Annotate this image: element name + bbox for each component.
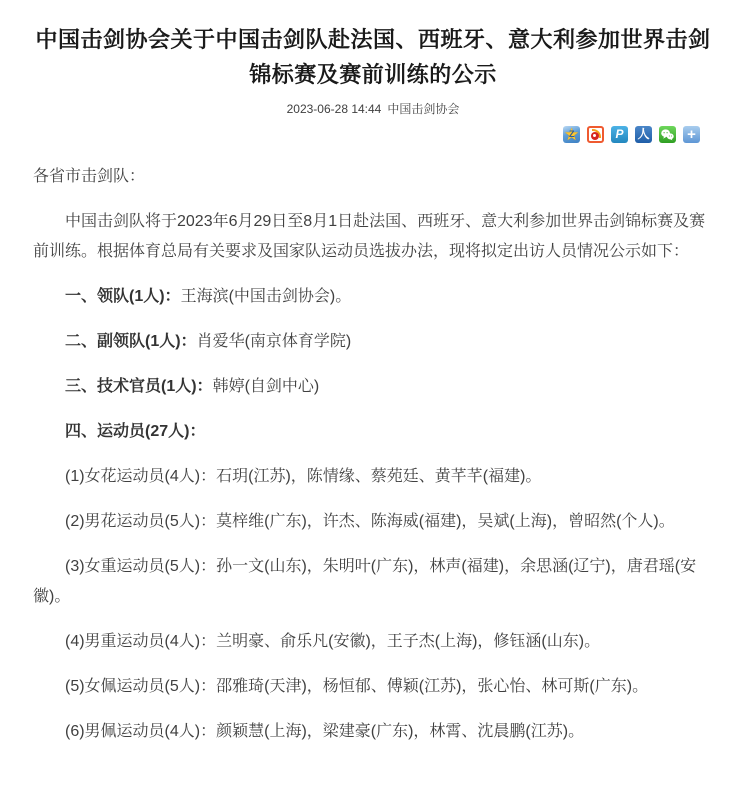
article-meta: 2023-06-28 14:44中国击剑协会 — [33, 101, 713, 117]
section-leader: 一、领队(1人)：王海滨(中国击剑协会)。 — [33, 282, 713, 312]
section-deputy-leader: 二、副领队(1人)：肖爱华(南京体育学院) — [33, 327, 713, 357]
section-technical-official-label: 三、技术官员(1人)： — [65, 378, 213, 395]
section-leader-label: 一、领队(1人)： — [65, 288, 181, 305]
tencent-weibo-share-icon[interactable]: P — [611, 126, 628, 143]
plus-glyph: + — [687, 127, 696, 142]
athlete-group-womens-foil: (1)女花运动员(4人)：石玥(江苏)，陈情缘、蔡苑廷、黄芊芊(福建)。 — [33, 462, 713, 492]
article-body: 各省市击剑队： 中国击剑队将于2023年6月29日至8月1日赴法国、西班牙、意大… — [33, 162, 713, 747]
athlete-group-mens-foil: (2)男花运动员(5人)：莫梓维(广东)，许杰、陈海威(福建)，吴斌(上海)，曾… — [33, 507, 713, 537]
renren-glyph: 人 — [637, 126, 649, 143]
intro-paragraph: 中国击剑队将于2023年6月29日至8月1日赴法国、西班牙、意大利参加世界击剑锦… — [33, 207, 713, 267]
wechat-bubbles-icon — [661, 129, 674, 141]
salutation: 各省市击剑队： — [33, 162, 713, 192]
source-name: 中国击剑协会 — [387, 102, 459, 116]
athlete-group-mens-sabre: (6)男佩运动员(4人)：颜颖慧(上海)，梁建豪(广东)，林霄、沈晨鹏(江苏)。 — [33, 717, 713, 747]
qzone-z-glyph: Z — [569, 130, 575, 139]
renren-share-icon[interactable]: 人 — [635, 126, 652, 143]
wechat-share-icon[interactable] — [659, 126, 676, 143]
qzone-share-icon[interactable]: ★ Z — [563, 126, 580, 143]
article-page: 中国击剑协会关于中国击剑队赴法国、西班牙、意大利参加世界击剑锦标赛及赛前训练的公… — [0, 0, 746, 747]
section-deputy-leader-label: 二、副领队(1人)： — [65, 333, 197, 350]
athlete-group-mens-epee: (4)男重运动员(4人)：兰明豪、俞乐凡(安徽)，王子杰(上海)，修钰涵(山东)… — [33, 627, 713, 657]
section-technical-official: 三、技术官员(1人)：韩婷(自剑中心) — [33, 372, 713, 402]
athlete-group-womens-sabre: (5)女佩运动员(5人)：邵雅琦(天津)，杨恒郁、傅颖(江苏)，张心怡、林可斯(… — [33, 672, 713, 702]
section-technical-official-text: 韩婷(自剑中心) — [213, 378, 320, 395]
publish-datetime: 2023-06-28 14:44 — [287, 102, 382, 116]
section-leader-text: 王海滨(中国击剑协会)。 — [181, 288, 352, 305]
more-share-icon[interactable]: + — [683, 126, 700, 143]
weibo-eye-icon — [591, 132, 599, 140]
sina-weibo-share-icon[interactable] — [587, 126, 604, 143]
page-title: 中国击剑协会关于中国击剑队赴法国、西班牙、意大利参加世界击剑锦标赛及赛前训练的公… — [33, 22, 713, 92]
athlete-group-womens-epee: (3)女重运动员(5人)：孙一文(山东)，朱明叶(广东)，林声(福建)，余思涵(… — [33, 552, 713, 612]
section-athletes: 四、运动员(27人)： — [33, 417, 713, 447]
share-toolbar: ★ Z P 人 + — [33, 126, 713, 143]
tencent-weibo-glyph: P — [615, 126, 623, 143]
section-athletes-label: 四、运动员(27人)： — [65, 423, 205, 440]
section-deputy-leader-text: 肖爱华(南京体育学院) — [197, 333, 352, 350]
